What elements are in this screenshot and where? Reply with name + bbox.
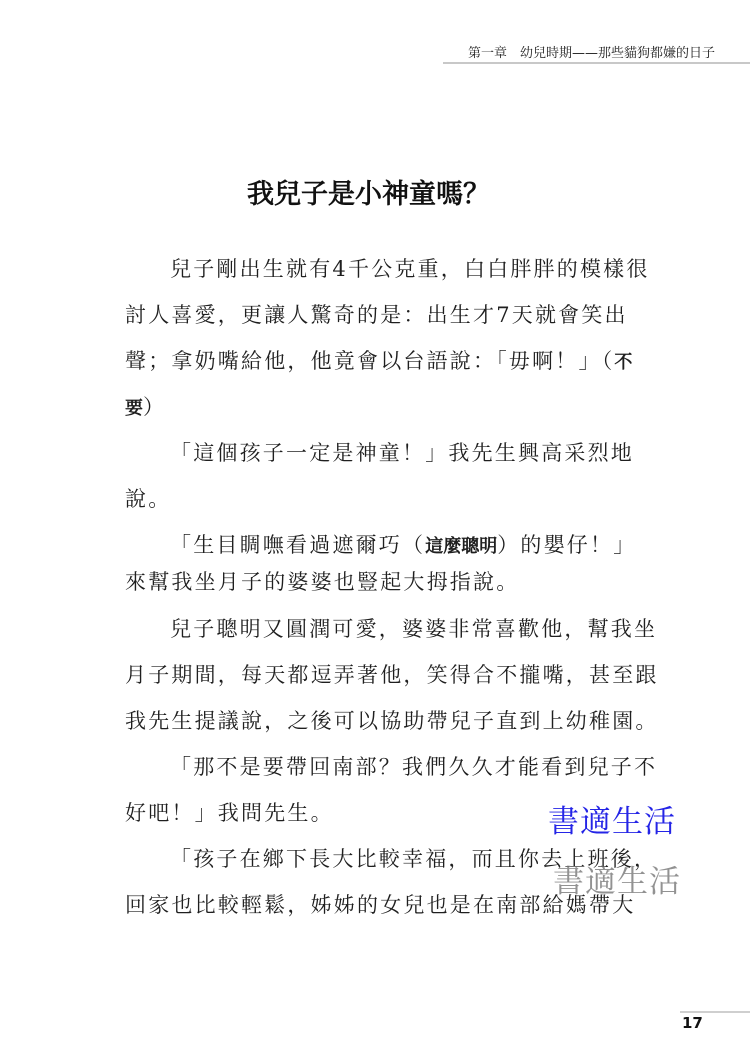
body-line: 來幫我坐月子的婆婆也豎起大拇指說。 bbox=[125, 568, 519, 596]
footer-rule bbox=[680, 1011, 750, 1013]
chapter-title: 我兒子是小神童嗎？ bbox=[247, 172, 490, 211]
mandarin-gloss: 這麼聰明 bbox=[425, 536, 497, 557]
body-line: 要） bbox=[125, 393, 166, 423]
running-header: 第一章 幼兒時期——那些貓狗都嫌的日子 bbox=[468, 42, 715, 61]
body-line: 討人喜愛，更讓人驚奇的是：出生才7天就會笑出 bbox=[125, 301, 628, 329]
page-number: 17 bbox=[682, 1014, 703, 1032]
mandarin-gloss: 要 bbox=[125, 398, 143, 419]
body-line: 「那不是要帶回南部？我們久久才能看到兒子不 bbox=[170, 753, 657, 781]
body-line: 月子期間，每天都逗弄著他，笑得合不攏嘴，甚至跟 bbox=[125, 661, 659, 689]
body-text-span: ）的嬰仔！」 bbox=[497, 533, 636, 557]
body-line: 聲；拿奶嘴給他，他竟會以台語說：「毋啊！」（不 bbox=[125, 347, 632, 377]
body-line: 好吧！」我問先生。 bbox=[125, 799, 334, 827]
body-line: 兒子剛出生就有4千公克重，白白胖胖的模樣很 bbox=[170, 255, 650, 283]
body-line: 兒子聰明又圓潤可愛，婆婆非常喜歡他，幫我坐 bbox=[170, 615, 657, 643]
body-text-span: ） bbox=[143, 395, 166, 419]
header-rule bbox=[443, 62, 750, 64]
body-line: 我先生提議說，之後可以協助帶兒子直到上幼稚園。 bbox=[125, 707, 659, 735]
body-text-span: 「生目睭嘸看過遮爾巧（ bbox=[170, 533, 425, 557]
mandarin-gloss: 不 bbox=[614, 352, 632, 373]
body-line: 說。 bbox=[125, 485, 171, 513]
body-line: 「這個孩子一定是神童！」我先生興高采烈地 bbox=[170, 439, 634, 467]
watermark-primary: 書適生活 bbox=[548, 796, 676, 841]
body-line: 「生目睭嘸看過遮爾巧（這麼聰明）的嬰仔！」 bbox=[170, 531, 636, 561]
body-text-span: 聲；拿奶嘴給他，他竟會以台語說：「毋啊！」（ bbox=[125, 349, 614, 373]
watermark-secondary: 書適生活 bbox=[553, 856, 681, 901]
